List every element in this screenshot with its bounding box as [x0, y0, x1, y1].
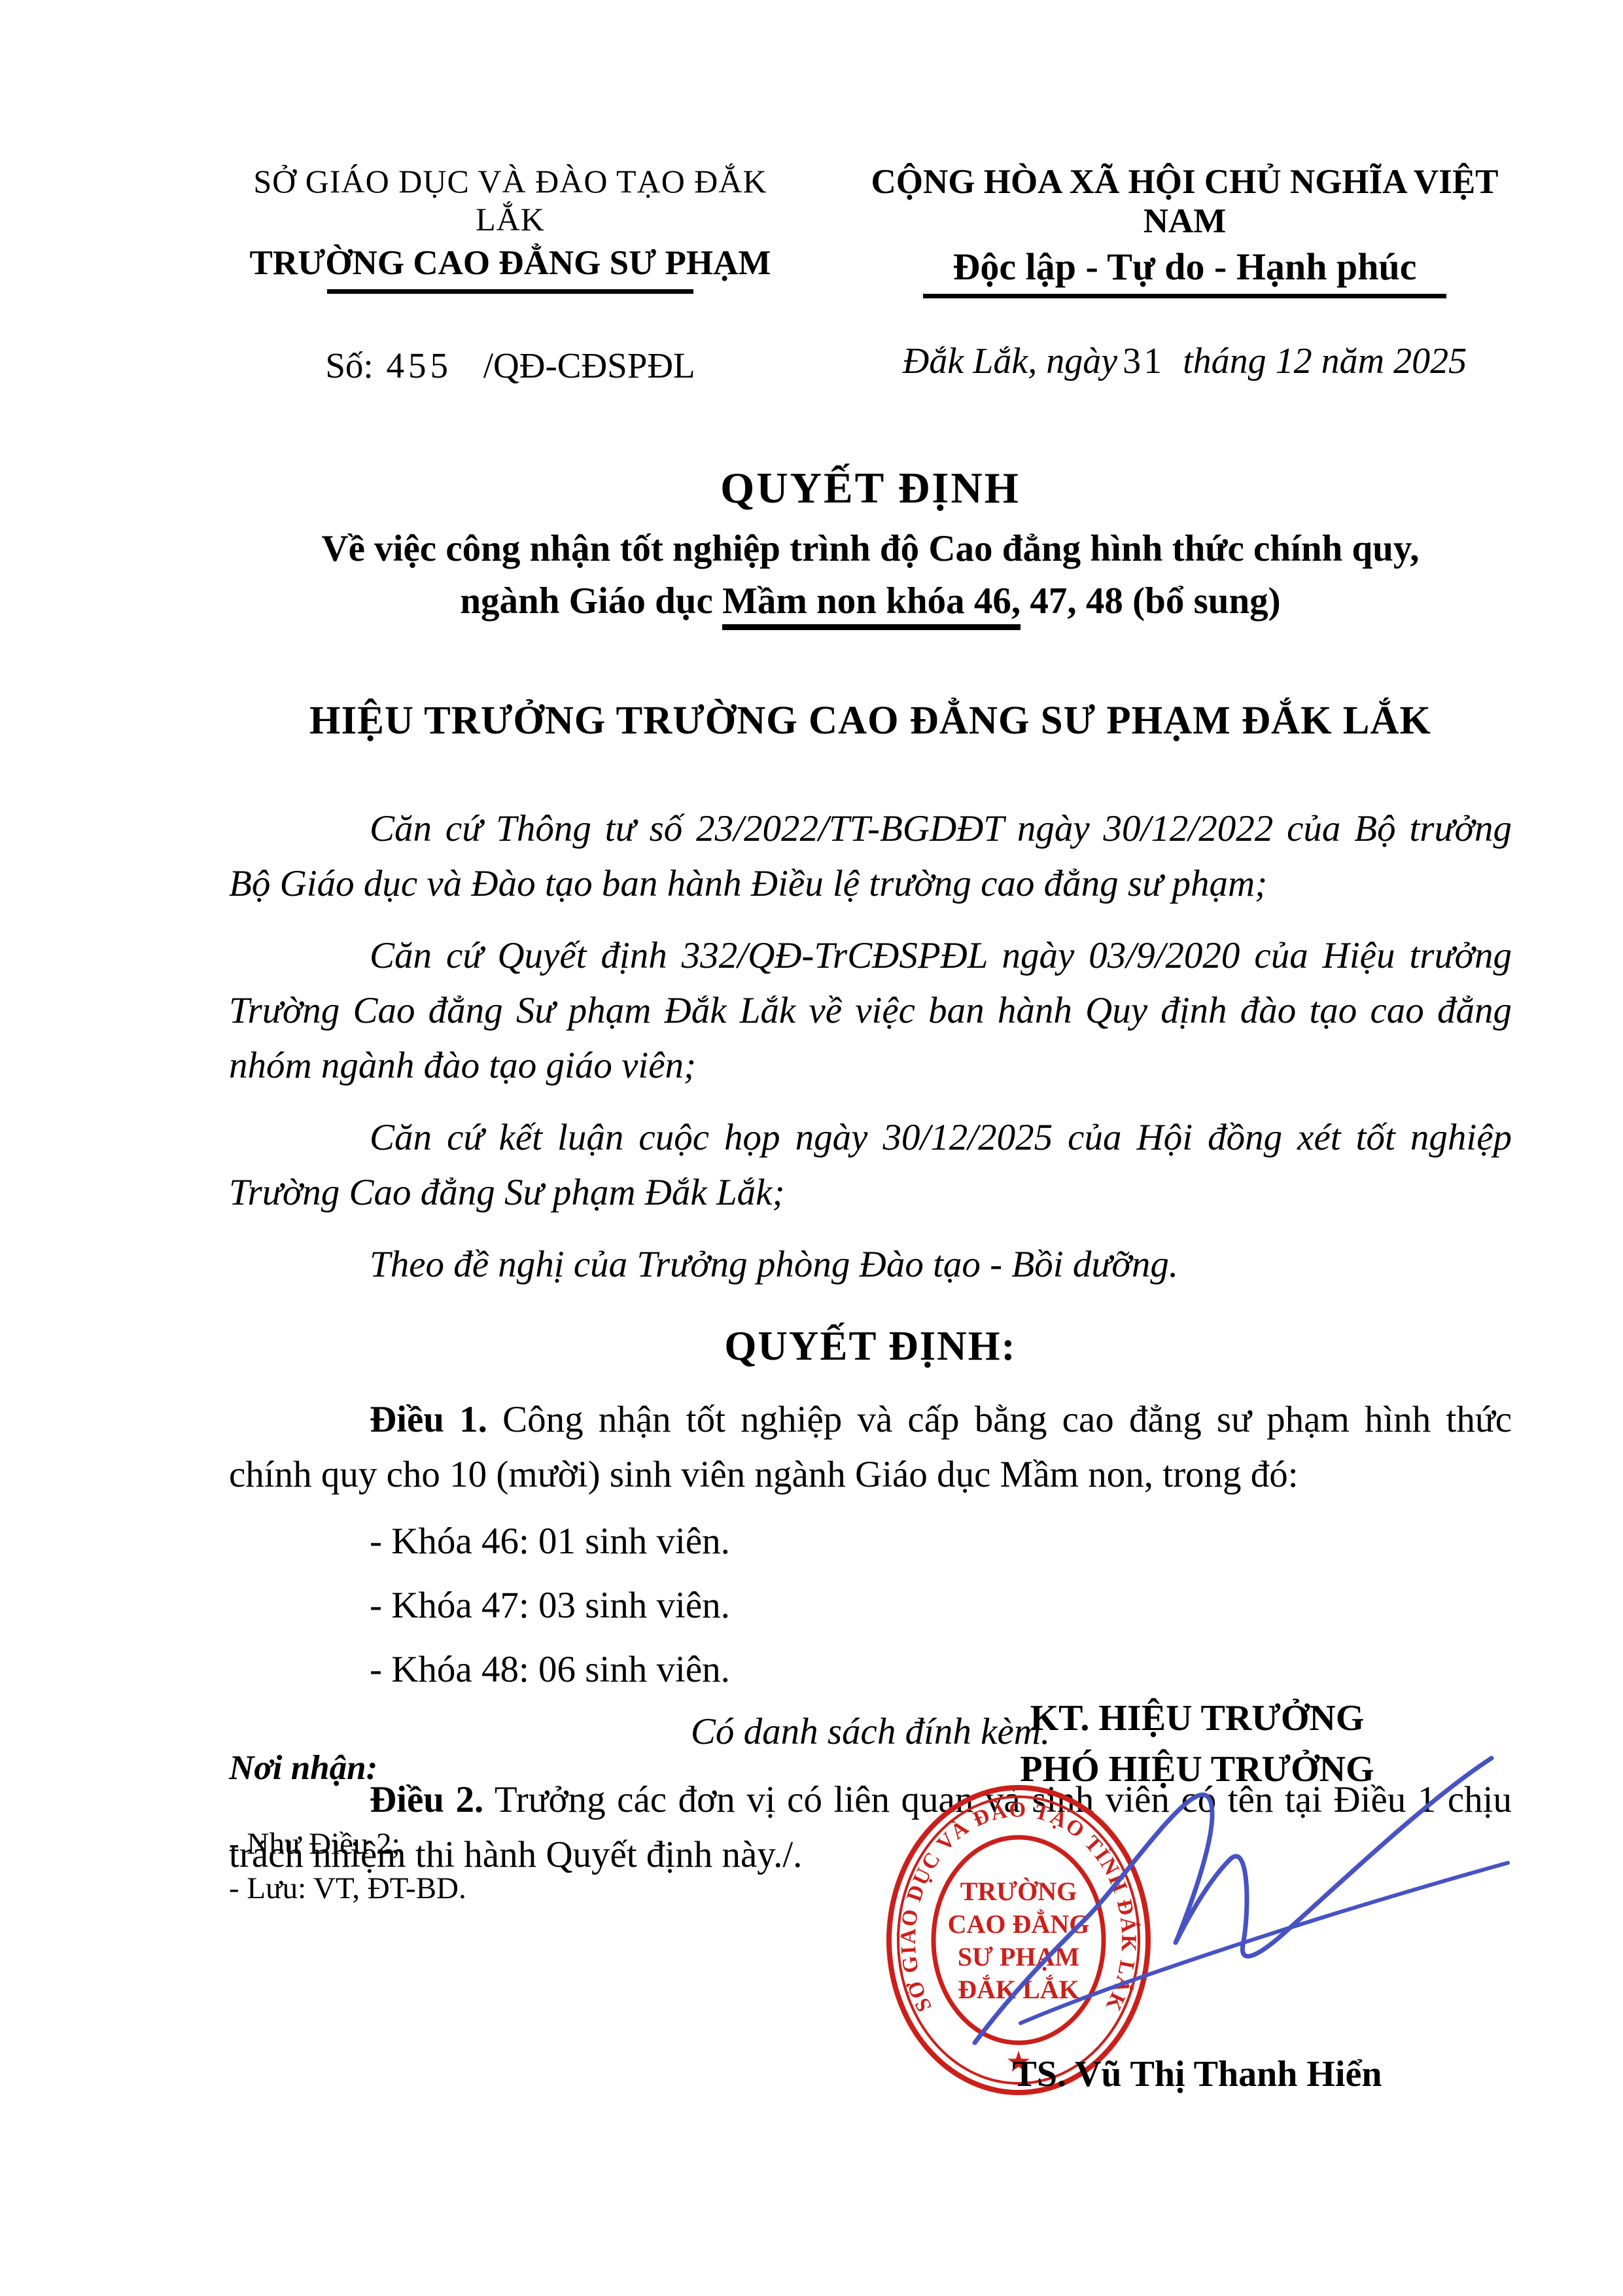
decision-document-page: SỞ GIÁO DỤC VÀ ĐÀO TẠO ĐẮK LẮK TRƯỜNG CA…: [0, 0, 1623, 2296]
cohort-item: - Khóa 47: 03 sinh viên.: [370, 1578, 1512, 1633]
recipients-label: Nơi nhận:: [229, 1748, 466, 1788]
document-title: QUYẾT ĐỊNH: [229, 463, 1512, 514]
decision-heading: QUYẾT ĐỊNH:: [229, 1322, 1512, 1370]
subtitle-line2-pre: ngành Giáo dục: [460, 580, 722, 622]
motto-underline: [923, 294, 1446, 298]
preamble-paragraph: Căn cứ Thông tư số 23/2022/TT-BGDĐT ngày…: [229, 802, 1512, 911]
subtitle-line-2: ngành Giáo dục Mầm non khóa 46, 47, 48 (…: [229, 575, 1512, 627]
document-content: SỞ GIÁO DỤC VÀ ĐÀO TẠO ĐẮK LẮK TRƯỜNG CA…: [0, 0, 1623, 1882]
recipients-list: - Như Điều 2; - Lưu: VT, ĐT-BD.: [229, 1822, 466, 1911]
issuer-heading: HIỆU TRƯỞNG TRƯỜNG CAO ĐẲNG SƯ PHẠM ĐẮK …: [229, 698, 1512, 744]
document-number-line: Số: 455 /QĐ-CĐSPĐL: [229, 345, 792, 386]
document-number-value: 455: [386, 345, 452, 385]
signature-icon: [916, 1742, 1537, 2089]
document-subtitle: Về việc công nhận tốt nghiệp trình độ Ca…: [229, 523, 1512, 627]
national-motto-block: CỘNG HÒA XÃ HỘI CHỦ NGHĨA VIỆT NAM Độc l…: [858, 162, 1512, 386]
school-name-underline: [327, 289, 693, 294]
article-1-label: Điều 1.: [370, 1399, 487, 1440]
date-prefix: Đắk Lắk, ngày: [903, 341, 1117, 381]
school-name: TRƯỜNG CAO ĐẲNG SƯ PHẠM: [229, 243, 792, 283]
handwritten-signature: [916, 1742, 1537, 2092]
kt-title: KT. HIỆU TRƯỞNG: [949, 1697, 1446, 1739]
document-header: SỞ GIÁO DỤC VÀ ĐÀO TẠO ĐẮK LẮK TRƯỜNG CA…: [229, 162, 1512, 386]
article-1: Điều 1. Công nhận tốt nghiệp và cấp bằng…: [229, 1392, 1512, 1502]
preamble-paragraph: Căn cứ kết luận cuộc họp ngày 30/12/2025…: [229, 1110, 1512, 1220]
document-number-prefix: Số:: [325, 345, 373, 385]
subtitle-underlined-text: Mầm non khóa 46,: [722, 580, 1021, 630]
national-motto: Độc lập - Tự do - Hạnh phúc: [858, 245, 1512, 289]
preamble-section: Căn cứ Thông tư số 23/2022/TT-BGDĐT ngày…: [229, 802, 1512, 1292]
subtitle-line2-post: 47, 48 (bổ sung): [1021, 580, 1281, 622]
signer-name: TS. Vũ Thị Thanh Hiển: [949, 2053, 1446, 2095]
document-number-suffix: /QĐ-CĐSPĐL: [483, 345, 695, 385]
signer-position: PHÓ HIỆU TRƯỞNG: [949, 1748, 1446, 1790]
preamble-paragraph: Theo đề nghị của Trưởng phòng Đào tạo - …: [229, 1237, 1512, 1292]
date-suffix: tháng 12 năm 2025: [1183, 341, 1467, 381]
place-date-line: Đắk Lắk, ngày31tháng 12 năm 2025: [858, 340, 1512, 382]
national-title: CỘNG HÒA XÃ HỘI CHỦ NGHĨA VIỆT NAM: [858, 162, 1512, 241]
cohort-item: - Khóa 48: 06 sinh viên.: [370, 1642, 1512, 1697]
issuing-agency-block: SỞ GIÁO DỤC VÀ ĐÀO TẠO ĐẮK LẮK TRƯỜNG CA…: [229, 162, 792, 386]
preamble-paragraph: Căn cứ Quyết định 332/QĐ-TrCĐSPĐL ngày 0…: [229, 928, 1512, 1093]
cohort-item: - Khóa 46: 01 sinh viên.: [370, 1514, 1512, 1569]
recipient-item: - Lưu: VT, ĐT-BD.: [229, 1866, 466, 1911]
recipient-item: - Như Điều 2;: [229, 1822, 466, 1866]
date-day: 31: [1123, 341, 1164, 381]
signature-stroke-main: [975, 1758, 1492, 2043]
recipients-block: Nơi nhận: - Như Điều 2; - Lưu: VT, ĐT-BD…: [229, 1748, 466, 1911]
subtitle-line-1: Về việc công nhận tốt nghiệp trình độ Ca…: [229, 523, 1512, 575]
title-block: QUYẾT ĐỊNH Về việc công nhận tốt nghiệp …: [229, 463, 1512, 627]
signature-stroke-flourish: [1021, 1863, 1508, 2023]
parent-agency-name: SỞ GIÁO DỤC VÀ ĐÀO TẠO ĐẮK LẮK: [229, 162, 792, 238]
signature-title-block: KT. HIỆU TRƯỞNG PHÓ HIỆU TRƯỞNG: [949, 1697, 1446, 1790]
